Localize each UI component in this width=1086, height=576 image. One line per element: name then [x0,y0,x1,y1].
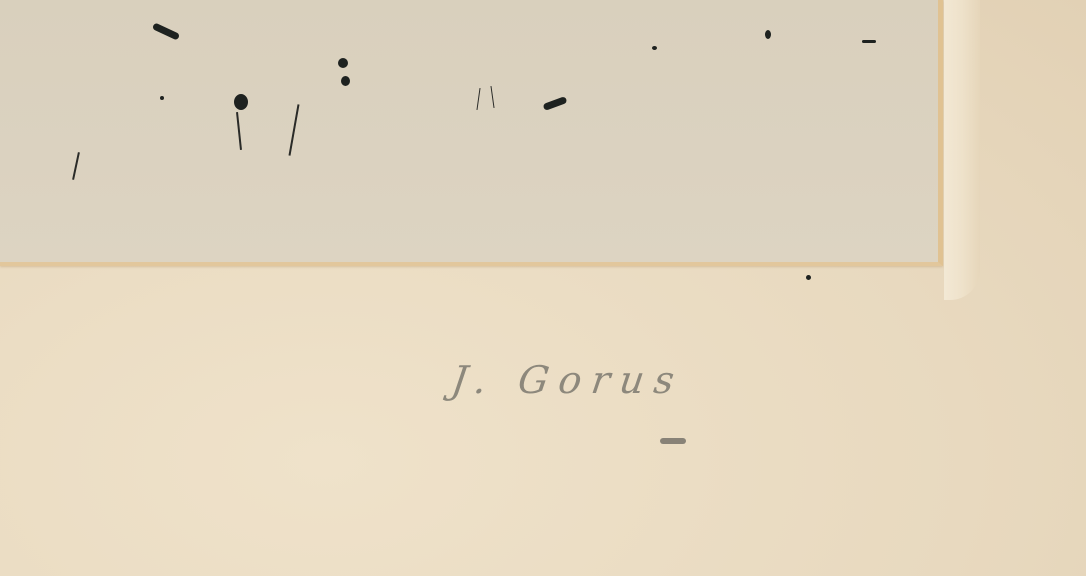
ink-mark [652,46,657,50]
ink-mark [765,30,771,39]
etched-plate-area [0,0,943,266]
ink-mark [806,275,811,280]
ink-mark [543,96,568,111]
ink-stroke [476,88,480,110]
ink-mark [862,40,876,43]
ink-stroke [289,104,300,156]
ink-stroke [490,86,494,108]
ink-stroke [72,152,80,180]
signature-underline [660,438,686,444]
pencil-signature: J. Gorus [449,358,687,402]
ink-mark [338,58,348,68]
ink-mark [152,22,180,40]
ink-mark [234,94,248,110]
ink-mark [341,76,350,86]
ink-stroke [236,112,242,150]
ink-mark [160,96,164,100]
plate-emboss-edge [944,0,980,300]
